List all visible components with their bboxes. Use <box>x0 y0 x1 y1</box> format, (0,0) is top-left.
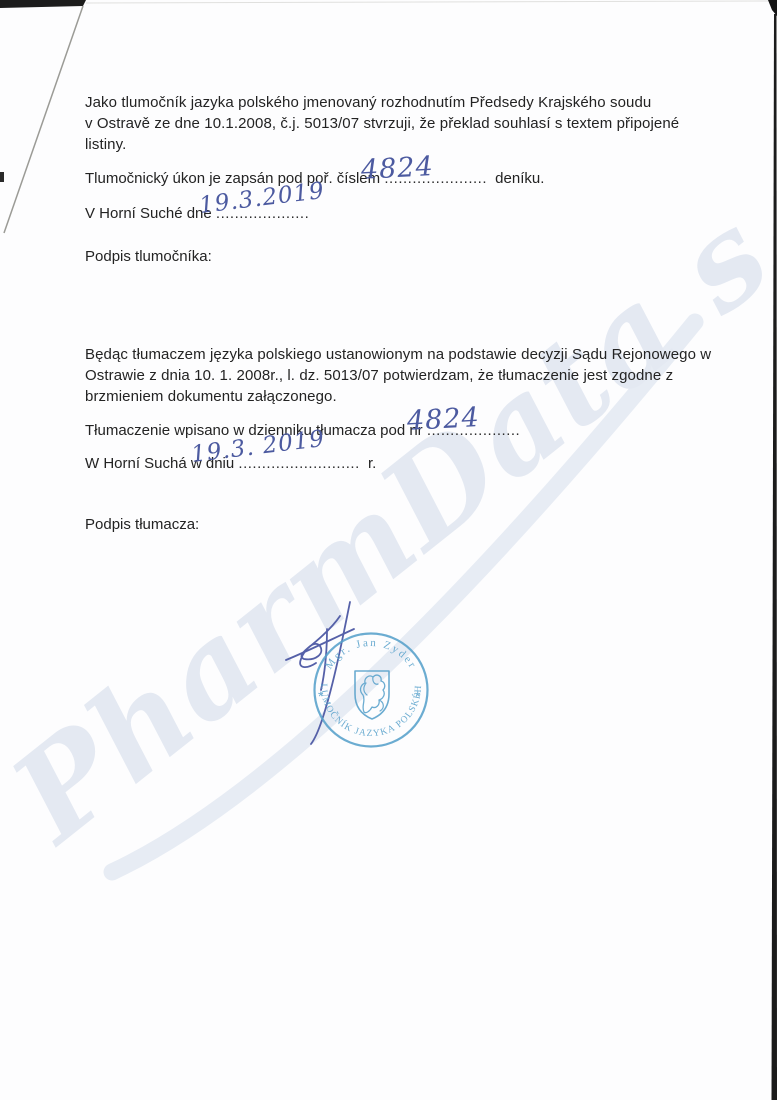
polish-date-suffix: r. <box>368 455 376 472</box>
czech-date-prefix: V Horní Suché dne <box>85 205 212 222</box>
polish-paragraph-line2: Ostrawie z dnia 10. 1. 2008r., l. dz. 50… <box>85 365 711 386</box>
czech-signature-label: Podpis tlumočníka: <box>85 248 212 265</box>
handwritten-journal-number-polish: 4824 <box>406 402 480 437</box>
czech-certification-paragraph: Jako tlumočník jazyka polského jmenovaný… <box>85 92 679 155</box>
czech-date-line: V Horní Suché dne .................... 1… <box>85 205 309 222</box>
czech-paragraph-line3: listiny. <box>85 134 679 155</box>
stamp-star-right-icon: * <box>415 688 421 704</box>
polish-signature-label: Podpis tłumacza: <box>85 516 199 533</box>
polish-date-line: W Horní Suchá w dniu ...................… <box>85 455 376 472</box>
document-content: Jako tlumočník jazyka polského jmenovaný… <box>0 0 777 1100</box>
svg-text:Mgr. Jan Zyder: Mgr. Jan Zyder <box>323 637 419 672</box>
handwritten-journal-number-czech: 4824 <box>360 151 434 186</box>
interpreter-stamp: Mgr. Jan Zyder TLUMOČNÍK JAZYKA POLSKÉHO… <box>311 630 431 755</box>
stamp-lion-tail-icon <box>364 677 383 711</box>
scanned-document-page: PharmData s.r.o. Jako tlumočník jazyka p… <box>0 0 777 1100</box>
stamp-star-left-icon: * <box>318 688 324 704</box>
stamp-name-arc: Mgr. Jan Zyder <box>323 637 419 672</box>
czech-journal-suffix: deníku. <box>495 170 544 187</box>
czech-paragraph-line2: v Ostravě ze dne 10.1.2008, č.j. 5013/07… <box>85 113 679 134</box>
czech-paragraph-line1: Jako tlumočník jazyka polského jmenovaný… <box>85 92 679 113</box>
polish-certification-paragraph: Będąc tłumaczem języka polskiego ustanow… <box>85 344 711 407</box>
czech-journal-prefix: Tlumočnický úkon je zapsán pod poř. čísl… <box>85 170 380 187</box>
polish-paragraph-line3: brzmieniem dokumentu załączonego. <box>85 386 711 407</box>
polish-paragraph-line1: Będąc tłumaczem języka polskiego ustanow… <box>85 344 711 365</box>
